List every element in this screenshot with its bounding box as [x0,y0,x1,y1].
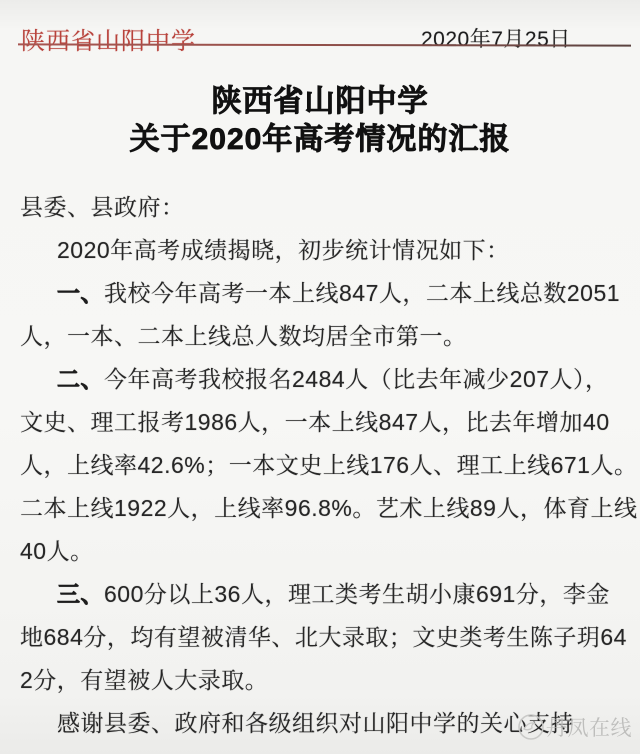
watermark-text: 丹凤在线 [546,712,632,742]
title-line-2: 关于2020年高考情况的汇报 [0,121,640,159]
body-line: 二、今年高考我校报名2484人（比去年减少207人）， [20,358,640,401]
body-line: 人，一本、二本上线总人数均居全市第一。 [20,315,640,358]
section-number: 三、 [57,581,104,607]
body-line: 2分，有望被人大录取。 [20,659,640,702]
document-body: 县委、县政府：2020年高考成绩揭晓，初步统计情况如下：一、我校今年高考一本上线… [20,186,640,745]
body-line: 县委、县政府： [20,186,640,229]
body-line: 一、我校今年高考一本上线847人，二本上线总数2051 [20,272,640,315]
body-line: 人，上线率42.6%；一本文史上线176人、理工上线671人。 [20,444,640,487]
body-line: 地684分，均有望被清华、北大录取；文史类考生陈子玥64 [20,616,640,659]
document-page: 陕西省山阳中学 2020年7月25日 陕西省山阳中学 关于2020年高考情况的汇… [0,0,640,754]
body-line: 三、600分以上36人，理工类考生胡小康691分，李金 [20,573,640,616]
title-line-1: 陕西省山阳中学 [0,83,640,121]
body-line: 二本上线1922人，上线率96.8%。艺术上线89人，体育上线 [20,487,640,530]
section-number: 二、 [57,366,104,392]
document-title: 陕西省山阳中学 关于2020年高考情况的汇报 [0,83,640,159]
letterhead-school-name: 陕西省山阳中学 [21,21,196,56]
body-line: 文史、理工报考1986人，一本上线847人，比去年增加40 [20,401,640,444]
section-number: 一、 [57,280,104,306]
letterhead-date: 2020年7月25日 [421,23,571,53]
watermark: 丹凤在线 [517,712,632,742]
body-line: 40人。 [20,530,640,573]
phoenix-circle-icon [517,713,545,741]
body-line: 2020年高考成绩揭晓，初步统计情况如下： [20,229,640,272]
